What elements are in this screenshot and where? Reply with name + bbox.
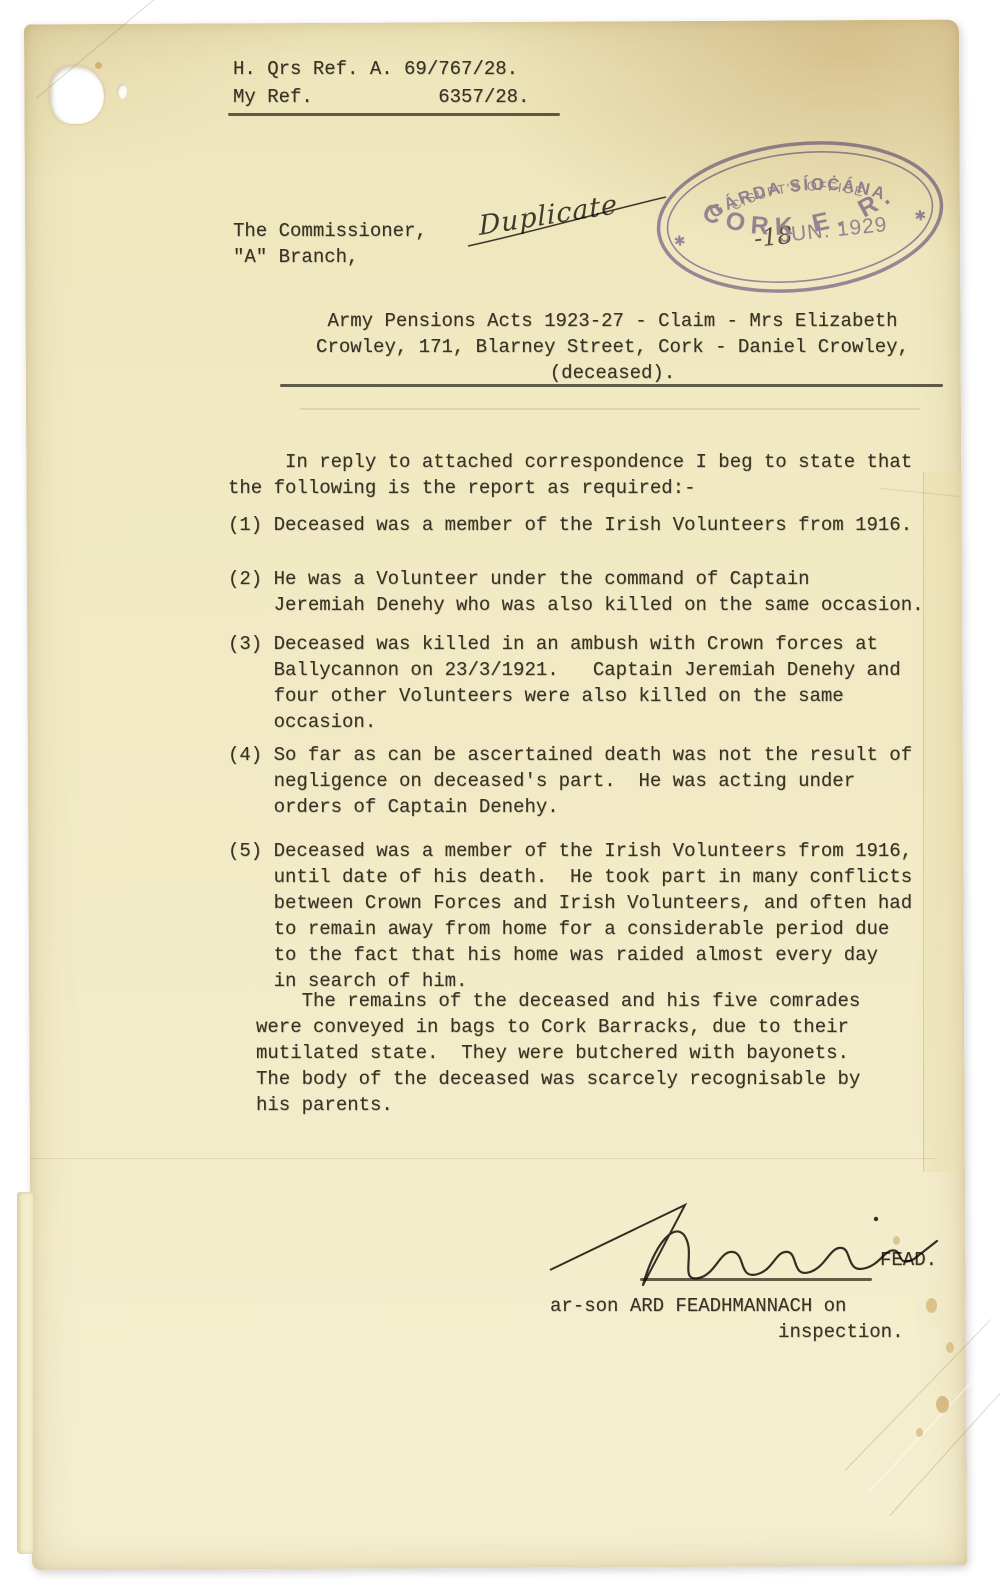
report-item-1: (1) Deceased was a member of the Irish V… [228,512,948,538]
ref-line-headquarters: H. Qrs Ref. A. 69/767/28. [233,56,518,82]
garda-stamp: GÁRDA SÍOĊÁNA C/SUPT'S OFFICE -18 JUN. 1… [642,122,957,312]
signoff-block: ar-son ARD FEADHMANNACH on inspection. [550,1293,970,1345]
duplicate-strike-line [462,190,672,254]
ref-underline [228,113,560,116]
stamp-star-right-icon: ✱ [914,207,927,224]
stain [916,1428,923,1437]
subject-heading: Army Pensions Acts 1923-27 - Claim - Mrs… [280,308,945,386]
subject-underline [280,384,943,387]
report-item-4: (4) So far as can be ascertained death w… [228,742,958,820]
opening-paragraph: In reply to attached correspondence I be… [228,449,948,501]
subject-underline-ghost [300,408,920,410]
stain [936,1396,949,1413]
ref-line-my-ref: My Ref. 6357/28. [233,84,529,110]
report-item-3: (3) Deceased was killed in an ambush wit… [228,631,958,735]
paper-bottom-left-edge [17,1192,33,1554]
signature-fead-label: FEAD. [880,1247,937,1273]
paper-tear-hole [50,66,104,124]
addressee-block: The Commissioner, "A" Branch, [233,218,427,270]
crease-horizontal-fold [30,1158,935,1159]
closing-paragraph: The remains of the deceased and his five… [256,988,956,1118]
stain [95,62,102,69]
signature-handwriting [535,1190,975,1300]
signature-underline [640,1278,872,1281]
report-item-5: (5) Deceased was a member of the Irish V… [228,838,958,994]
report-item-2: (2) He was a Volunteer under the command… [228,566,958,618]
stamp-star-left-icon: ✱ [673,232,686,249]
